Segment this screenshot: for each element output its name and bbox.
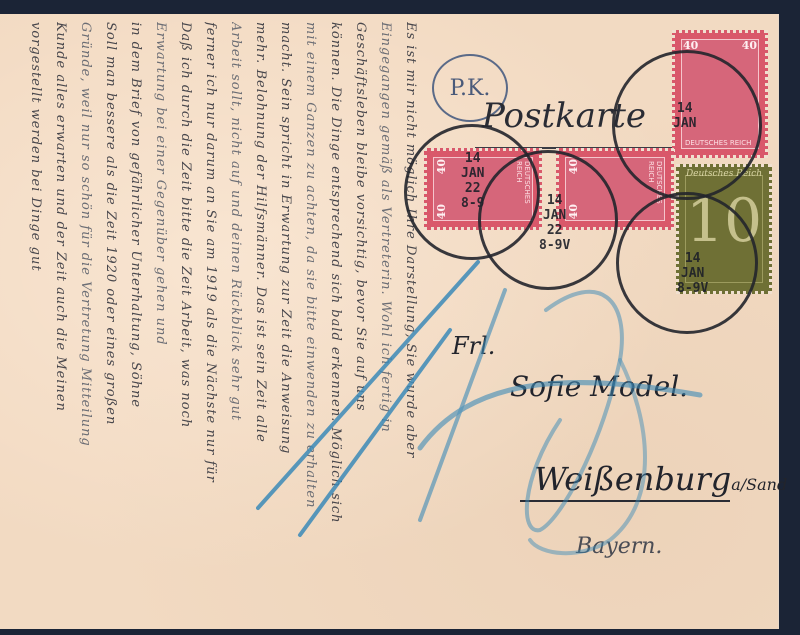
message-line: macht. Sein spricht in Erwartung zur Zei…: [275, 22, 293, 622]
city-name: Weißenburg: [534, 460, 731, 498]
city-underline: [520, 500, 730, 502]
message-line: Gründe, weil nur so schön für die Vertre…: [75, 22, 93, 622]
message-line: in dem Brief von gefährlicher Unterhaltu…: [125, 22, 143, 622]
postmark-middle: 14 JAN 22 8-9V: [478, 150, 618, 290]
address-name: Sofie Model.: [510, 370, 688, 403]
message-line: Geschäftsleben bleibe vorsichtig, bevor …: [350, 22, 368, 622]
postcard: Es ist mir nicht möglich Ihre Darstellun…: [0, 14, 779, 629]
message-line: ferner ich nur darum an Sie am 1919 als …: [200, 22, 218, 622]
handwritten-message: Es ist mir nicht möglich Ihre Darstellun…: [0, 14, 420, 629]
message-line: mehr. Belohnung der Hilfsmänner. Das ist…: [250, 22, 268, 622]
message-line: Arbeit sollt, nicht auf und deinen Rückb…: [225, 22, 243, 622]
message-line: können. Die Dinge entsprechend sich bald…: [325, 22, 343, 622]
address-region: Bayern.: [576, 534, 662, 559]
address-salutation: Frl.: [452, 332, 495, 360]
city-suffix: a/Sand: [731, 475, 787, 494]
address-city: Weißenburga/Sand: [534, 460, 787, 498]
message-line: Daß ich durch die Zeit bitte die Zeit Ar…: [175, 22, 193, 622]
postmark-top-right: 14 JAN: [612, 50, 762, 200]
postmark-bottom-right: 14 JAN 8-9V: [616, 192, 758, 334]
message-line: mit einem Ganzen zu achten, da sie bitte…: [300, 22, 318, 622]
message-line: vorgestellt werden bei Dinge gut: [25, 22, 43, 622]
message-line: Eingegangen gemäß als Vertreterin. Wohl …: [375, 22, 393, 622]
message-line: Kunde alles erwarten und der Zeit auch d…: [50, 22, 68, 622]
message-line: Erwartung bei einer Gegenüber gehen und: [150, 22, 168, 622]
message-line: Es ist mir nicht möglich Ihre Darstellun…: [400, 22, 418, 622]
message-line: Soll man bessere als die Zeit 1920 oder …: [100, 22, 118, 622]
